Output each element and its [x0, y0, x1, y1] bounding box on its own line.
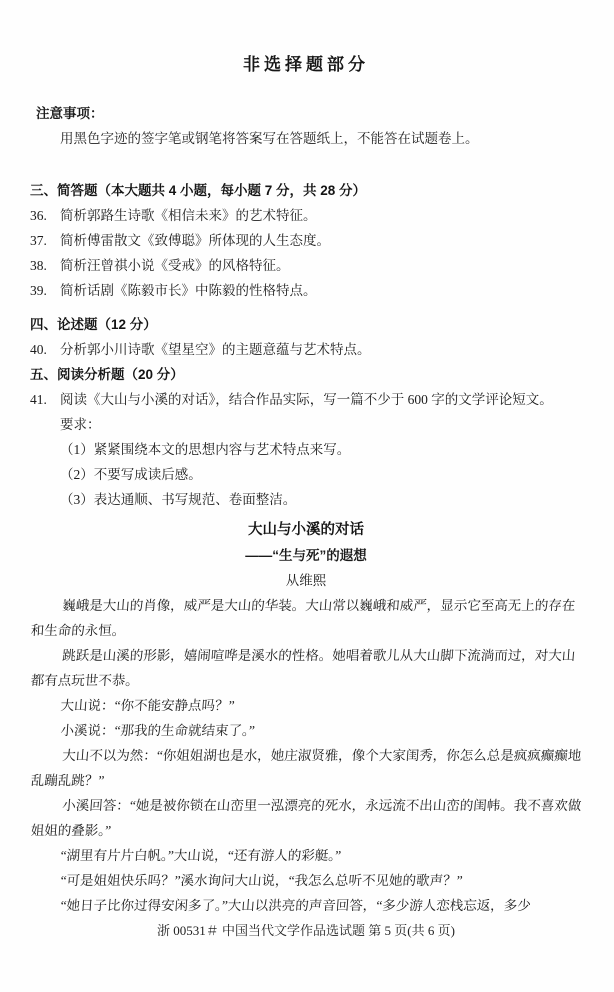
question-number: 38.	[30, 253, 60, 278]
reading-passage: 大山与小溪的对话 ——“生与死”的遐想 从维熙 巍峨是大山的肖像，威严是大山的华…	[30, 518, 582, 918]
question-text: 阅读《大山与小溪的对话》，结合作品实际，写一篇不少于 600 字的文学评论短文。	[60, 387, 582, 412]
question-item-37: 37. 简析傅雷散文《致傅聪》所体现的人生态度。	[30, 228, 582, 253]
passage-paragraph-9: “她日子比你过得安闲多了。”大山以洪亮的声音回答，“多少游人恋栈忘返，多少	[30, 893, 584, 918]
requirement-item-1: （1）紧紧围绕本文的思想内容与艺术特点来写。	[60, 437, 582, 462]
section-heading-4: 四、论述题（12 分）	[30, 312, 582, 337]
section-heading-5: 五、阅读分析题（20 分）	[30, 362, 582, 387]
passage-title: 大山与小溪的对话	[30, 518, 582, 543]
question-item-41: 41. 阅读《大山与小溪的对话》，结合作品实际，写一篇不少于 600 字的文学评…	[30, 387, 582, 412]
requirement-item-3: （3）表达通顺、书写规范、卷面整洁。	[60, 487, 582, 512]
passage-paragraph-3: 大山说：“你不能安静点吗？”	[30, 693, 584, 718]
passage-paragraph-5: 大山不以为然：“你姐姐湖也是水，她庄淑贤雅，像个大家闺秀，你怎么总是疯疯癫癫地乱…	[30, 743, 585, 793]
passage-paragraph-6: 小溪回答：“她是被你锁在山峦里一泓漂亮的死水，永远流不出山峦的闺帏。我不喜欢做姐…	[30, 793, 585, 843]
question-text: 简析郭路生诗歌《相信未来》的艺术特征。	[60, 203, 582, 228]
passage-subtitle: ——“生与死”的遐想	[30, 543, 582, 568]
question-number: 39.	[30, 278, 60, 303]
passage-paragraph-4: 小溪说：“那我的生命就结束了。”	[30, 718, 584, 743]
passage-paragraph-8: “可是姐姐快乐吗？”溪水询问大山说，“我怎么总听不见她的歌声？”	[30, 868, 584, 893]
requirement-item-2: （2）不要写成读后感。	[60, 462, 582, 487]
question-number: 41.	[30, 387, 60, 412]
notice-text: 用黑色字迹的签字笔或钢笔将答案写在答题纸上，不能答在试题卷上。	[60, 126, 582, 151]
page-title: 非选择题部分	[30, 52, 582, 77]
question-item-36: 36. 简析郭路生诗歌《相信未来》的艺术特征。	[30, 203, 582, 228]
question-text: 简析汪曾祺小说《受戒》的风格特征。	[60, 253, 582, 278]
question-number: 37.	[30, 228, 60, 253]
question-item-40: 40. 分析郭小川诗歌《望星空》的主题意蕴与艺术特点。	[30, 337, 582, 362]
passage-paragraph-2: 跳跃是山溪的形影，嬉闹喧哗是溪水的性格。她唱着歌儿从大山脚下流淌而过，对大山都有…	[30, 643, 585, 693]
passage-paragraph-7: “湖里有片片白帆。”大山说，“还有游人的彩艇。”	[30, 843, 584, 868]
question-text: 分析郭小川诗歌《望星空》的主题意蕴与艺术特点。	[60, 337, 582, 362]
question-item-39: 39. 简析话剧《陈毅市长》中陈毅的性格特点。	[30, 278, 582, 303]
exam-paper-page: 非选择题部分 注意事项： 用黑色字迹的签字笔或钢笔将答案写在答题纸上，不能答在试…	[0, 0, 614, 992]
requirements-label: 要求：	[60, 412, 582, 437]
question-text: 简析傅雷散文《致傅聪》所体现的人生态度。	[60, 228, 582, 253]
passage-author: 从维熙	[30, 568, 582, 593]
question-number: 40.	[30, 337, 60, 362]
notice-label: 注意事项：	[36, 101, 582, 126]
question-item-38: 38. 简析汪曾祺小说《受戒》的风格特征。	[30, 253, 582, 278]
question-number: 36.	[30, 203, 60, 228]
passage-paragraph-1: 巍峨是大山的肖像，威严是大山的华装。大山常以巍峨和威严，显示它至高无上的存在和生…	[30, 593, 585, 643]
question-text: 简析话剧《陈毅市长》中陈毅的性格特点。	[60, 278, 582, 303]
section-heading-3: 三、简答题（本大题共 4 小题，每小题 7 分，共 28 分）	[30, 178, 582, 203]
page-footer: 浙 00531＃ 中国当代文学作品选试题 第 5 页(共 6 页)	[30, 918, 582, 943]
